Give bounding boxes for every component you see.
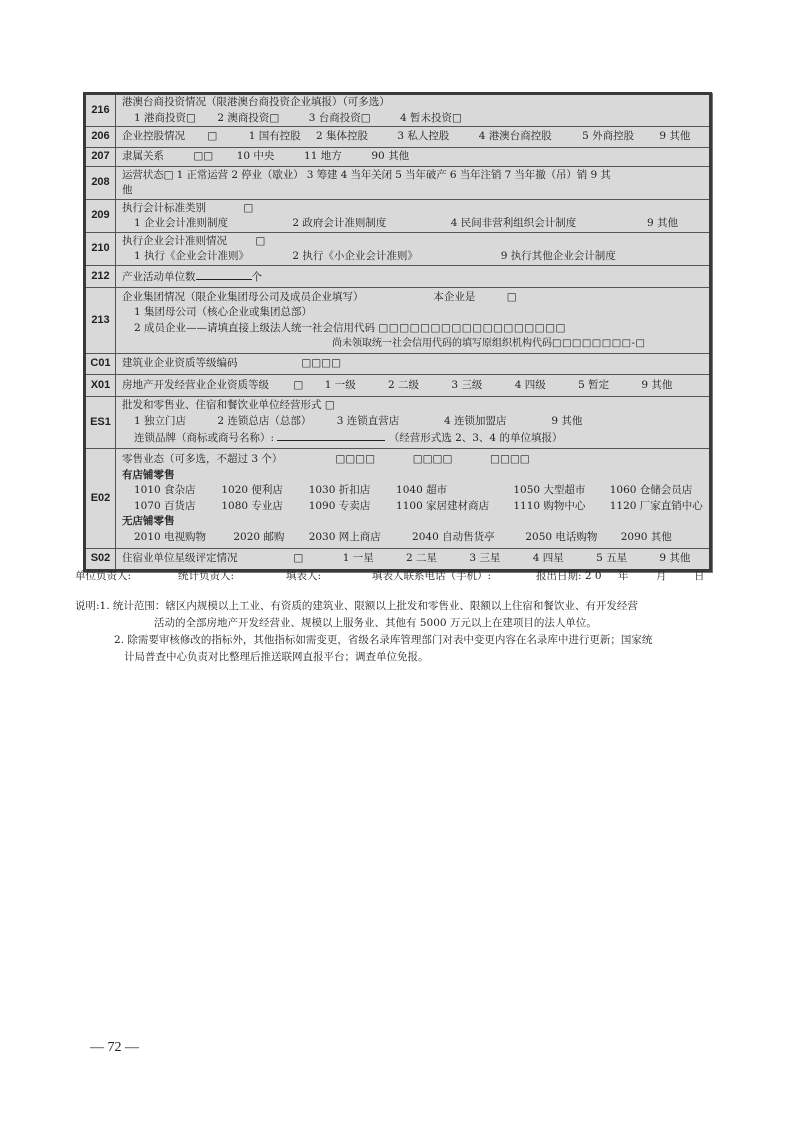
row-code: X01: [85, 375, 116, 397]
option: 3 三星: [469, 551, 529, 567]
row-title: 港澳台商投资情况（限港澳台商投资企业填报）（可多选）: [122, 95, 709, 111]
option: 1010 食杂店: [134, 483, 218, 499]
table-row-206: 206 企业控股情况 □ 1 国有控股 2 集体控股 3 私人控股 4 港澳台商…: [85, 127, 711, 148]
year-label: 年: [618, 568, 656, 583]
option-taiwan-investment[interactable]: 3 台商投资□: [309, 111, 397, 127]
option: 9 其他: [659, 129, 690, 145]
note-2: 2. 除需要审核修改的指标外，其他指标如需变更，省级名录库管理部门对表中变更内容…: [75, 632, 735, 649]
option: 3 三级: [451, 378, 511, 394]
operating-status-line-wrap: 他: [122, 183, 709, 199]
option: 2050 电话购物: [525, 530, 617, 546]
option: 4 港澳台商控股: [479, 129, 579, 145]
org-code-line: 尚未领取统一社会信用代码的填写原组织机构代码□□□□□□□□-□: [122, 336, 709, 352]
option: 1 一级: [325, 378, 385, 394]
store-retail-heading: 有店铺零售: [122, 468, 709, 484]
filler-label: 填表人:: [286, 568, 372, 583]
page-number: — 72 —: [90, 1040, 139, 1056]
document-page: 216 港澳台商投资情况（限港澳台商投资企业填报）（可多选） 1 港商投资□ 2…: [0, 0, 793, 1122]
checkbox[interactable]: □: [243, 201, 253, 217]
row-content: 隶属关系 □□ 10 中央 11 地方 90 其他: [116, 148, 711, 167]
table-row-209: 209 执行会计标准类别 □ 1 企业会计准则制度 2 政府会计准则制度 4 民…: [85, 200, 711, 233]
table-row-212: 212 产业活动单位数个: [85, 266, 711, 288]
row-content: 建筑业企业资质等级编码 □□□□: [116, 354, 711, 375]
option: 2 连锁总店（总部）: [217, 414, 333, 430]
option: 2090 其他: [621, 530, 672, 546]
option: 9 执行其他企业会计制度: [501, 249, 616, 265]
nonstore-retail-heading: 无店铺零售: [122, 514, 709, 530]
row-title: 企业集团情况（限企业集团母公司及成员企业填写）: [122, 290, 430, 306]
option: 1120 厂家直销中心: [610, 499, 703, 515]
option: 11 地方: [304, 149, 368, 165]
option: 4 民间非营利组织会计制度: [451, 216, 644, 232]
brand-label: 连锁品牌（商标或商号名称）:: [134, 432, 274, 444]
option: 4 连锁加盟店: [444, 414, 548, 430]
note-1: 说明:1. 统计范围：辖区内规模以上工业、有资质的建筑业、限额以上批发和零售业、…: [75, 598, 735, 615]
store-retail-row-1: 1010 食杂店 1020 便利店 1030 折扣店 1040 超市 1050 …: [122, 483, 709, 499]
option: 90 其他: [371, 149, 409, 165]
row-code: 210: [85, 233, 116, 266]
month-label: 月: [656, 568, 694, 583]
checkbox[interactable]: □: [255, 234, 265, 250]
row-content: 运营状态□ 1 正常运营 2 停业（歇业） 3 筹建 4 当年关闭 5 当年破产…: [116, 167, 711, 200]
option: 5 五星: [596, 551, 656, 567]
row-title-line: 执行会计标准类别 □: [122, 201, 709, 217]
row-content: 企业集团情况（限企业集团母公司及成员企业填写） 本企业是 □ 1 集团母公司（核…: [116, 288, 711, 354]
retail-format-boxes-1[interactable]: □□□□: [335, 452, 409, 468]
option: 2 集体控股: [316, 129, 394, 145]
qualification-code-boxes[interactable]: □□□□: [301, 356, 341, 372]
checkbox[interactable]: □: [325, 399, 335, 411]
option: 5 暂定: [578, 378, 638, 394]
row-code: E02: [85, 449, 116, 549]
row-content: 批发和零售业、住宿和餐饮业单位经营形式 □ 1 独立门店 2 连锁总店（总部） …: [116, 397, 711, 449]
row-title: 执行会计标准类别: [122, 201, 240, 217]
option: 1030 折扣店: [309, 483, 393, 499]
table-row-207: 207 隶属关系 □□ 10 中央 11 地方 90 其他: [85, 148, 711, 167]
notes-section: 说明:1. 统计范围：辖区内规模以上工业、有资质的建筑业、限额以上批发和零售业、…: [75, 598, 735, 666]
option: 1 独立门店: [134, 414, 214, 430]
option: 2030 网上商店: [309, 530, 409, 546]
row-content: 执行会计标准类别 □ 1 企业会计准则制度 2 政府会计准则制度 4 民间非营利…: [116, 200, 711, 233]
table-row-es1: ES1 批发和零售业、住宿和餐饮业单位经营形式 □ 1 独立门店 2 连锁总店（…: [85, 397, 711, 449]
option: 1 一星: [343, 551, 403, 567]
table-row-c01: C01 建筑业企业资质等级编码 □□□□: [85, 354, 711, 375]
row-content: 执行企业会计准则情况 □ 1 执行《企业会计准则》 2 执行《小企业会计准则》 …: [116, 233, 711, 266]
option-list: 1 独立门店 2 连锁总店（总部） 3 连锁直营店 4 连锁加盟店 9 其他: [122, 414, 709, 430]
note-1-text: 1. 统计范围：辖区内规模以上工业、有资质的建筑业、限额以上批发和零售业、限额以…: [100, 600, 638, 612]
table-row-213: 213 企业集团情况（限企业集团母公司及成员企业填写） 本企业是 □ 1 集团母…: [85, 288, 711, 354]
option: 4 四级: [515, 378, 575, 394]
option: 4 四星: [533, 551, 593, 567]
row-title: 产业活动单位数: [122, 271, 196, 283]
org-code-boxes[interactable]: □□□□□□□□-□: [552, 338, 645, 349]
option: 9 其他: [641, 378, 672, 394]
retail-format-boxes-3[interactable]: □□□□: [490, 452, 530, 468]
option: 9 其他: [551, 414, 582, 430]
option-parent-company: 1 集团母公司（核心企业或集团总部）: [122, 305, 709, 321]
note-1-continued: 活动的全部房地产开发经营业、规模以上服务业、其他有 5000 万元以上在建项目的…: [75, 615, 735, 632]
brand-name-field[interactable]: [277, 429, 385, 441]
option: 1 执行《企业会计准则》: [134, 249, 289, 265]
checkbox[interactable]: □: [207, 129, 245, 145]
org-code-label: 尚未领取统一社会信用代码的填写原组织机构代码: [332, 338, 552, 349]
option-hk-investment[interactable]: 1 港商投资□: [134, 111, 214, 127]
checkbox[interactable]: □: [293, 551, 339, 567]
row-code: 209: [85, 200, 116, 233]
option-member-company: 2 成员企业——请填直接上级法人统一社会信用代码 □□□□□□□□□□□□□□□…: [122, 321, 709, 337]
nonstore-retail-row: 2010 电视购物 2020 邮购 2030 网上商店 2040 自动售货亭 2…: [122, 530, 709, 546]
notes-label: 说明:: [75, 600, 100, 612]
table-row-216: 216 港澳台商投资情况（限港澳台商投资企业填报）（可多选） 1 港商投资□ 2…: [85, 94, 711, 127]
signature-row: 单位负责人: 统计负责人: 填表人: 填表人联系电话（手机）: 报出日期: 2 …: [75, 568, 745, 583]
unit-head-label: 单位负责人:: [75, 568, 178, 583]
row-code: 212: [85, 266, 116, 288]
row-code: C01: [85, 354, 116, 375]
option: 1 国有控股: [249, 129, 313, 145]
option: 1110 购物中心: [513, 499, 606, 515]
option-list: 1 港商投资□ 2 澳商投资□ 3 台商投资□ 4 暂未投资□: [122, 111, 709, 127]
option: 10 中央: [237, 149, 301, 165]
row-content: 房地产开发经营业企业资质等级 □ 1 一级 2 二级 3 三级 4 四级 5 暂…: [116, 375, 711, 397]
row-title: 执行企业会计准则情况: [122, 234, 252, 250]
row-content: 企业控股情况 □ 1 国有控股 2 集体控股 3 私人控股 4 港澳台商控股 5…: [116, 127, 711, 148]
row-content: 港澳台商投资情况（限港澳台商投资企业填报）（可多选） 1 港商投资□ 2 澳商投…: [116, 94, 711, 127]
row-title-line: 企业集团情况（限企业集团母公司及成员企业填写） 本企业是 □: [122, 290, 709, 306]
option: 1020 便利店: [221, 483, 305, 499]
option: 9 其他: [647, 216, 678, 232]
option: 2 二级: [388, 378, 448, 394]
filler-phone-label: 填表人联系电话（手机）:: [372, 568, 536, 583]
option: 2 执行《小企业会计准则》: [292, 249, 497, 265]
enterprise-info-form-table: 216 港澳台商投资情况（限港澳台商投资企业填报）（可多选） 1 港商投资□ 2…: [83, 92, 712, 572]
option: 3 私人控股: [397, 129, 475, 145]
row-code: 216: [85, 94, 116, 127]
option-list: 1 执行《企业会计准则》 2 执行《小企业会计准则》 9 执行其他企业会计制度: [122, 249, 709, 265]
option-list: 1 企业会计准则制度 2 政府会计准则制度 4 民间非营利组织会计制度 9 其他: [122, 216, 709, 232]
row-title: 房地产开发经营业企业资质等级: [122, 378, 290, 394]
option: 1100 家居建材商店: [396, 499, 510, 515]
row-code: 206: [85, 127, 116, 148]
option: 1040 超市: [396, 483, 510, 499]
brand-note: （经营形式选 2、3、4 的单位填报）: [389, 432, 563, 444]
option: 2040 自动售货亭: [412, 530, 522, 546]
row-code: ES1: [85, 397, 116, 449]
day-label: 日: [694, 568, 705, 583]
store-retail-row-2: 1070 百货店 1080 专业店 1090 专卖店 1100 家居建材商店 1…: [122, 499, 709, 515]
row-title-line: 批发和零售业、住宿和餐饮业单位经营形式 □: [122, 398, 709, 414]
option: 1 企业会计准则制度: [134, 216, 289, 232]
option: 2010 电视购物: [134, 530, 230, 546]
self-label: 本企业是: [433, 290, 503, 306]
unit-label: 个: [252, 271, 263, 283]
checkbox[interactable]: □: [507, 290, 517, 306]
credit-code-boxes[interactable]: □□□□□□□□□□□□□□□□□□: [378, 322, 566, 334]
row-title: 企业控股情况: [122, 129, 204, 145]
option: 1050 大型超市: [513, 483, 606, 499]
row-code: 208: [85, 167, 116, 200]
option: 2 二星: [406, 551, 466, 567]
option: 2020 邮购: [233, 530, 305, 546]
option: 2 政府会计准则制度: [292, 216, 447, 232]
retail-format-boxes-2[interactable]: □□□□: [413, 452, 487, 468]
option: 1060 仓储会员店: [610, 483, 693, 499]
row-title-line: 执行企业会计准则情况 □: [122, 234, 709, 250]
option-macau-investment[interactable]: 2 澳商投资□: [217, 111, 305, 127]
operating-status-line: 运营状态□ 1 正常运营 2 停业（歇业） 3 筹建 4 当年关闭 5 当年破产…: [122, 168, 709, 184]
row-code: 207: [85, 148, 116, 167]
checkbox-pair[interactable]: □□: [193, 149, 233, 165]
option: 5 外商控股: [582, 129, 656, 145]
table-row-208: 208 运营状态□ 1 正常运营 2 停业（歇业） 3 筹建 4 当年关闭 5 …: [85, 167, 711, 200]
row-content: 产业活动单位数个: [116, 266, 711, 288]
table-row-e02: E02 零售业态（可多选，不超过 3 个） □□□□ □□□□ □□□□ 有店铺…: [85, 449, 711, 549]
stat-head-label: 统计负责人:: [178, 568, 286, 583]
row-title: 住宿业单位星级评定情况: [122, 551, 290, 567]
row-title: 建筑业企业资质等级编码: [122, 356, 298, 372]
table-row-x01: X01 房地产开发经营业企业资质等级 □ 1 一级 2 二级 3 三级 4 四级…: [85, 375, 711, 397]
activity-units-count-field[interactable]: [196, 268, 252, 280]
row-title-line: 零售业态（可多选，不超过 3 个） □□□□ □□□□ □□□□: [122, 452, 709, 468]
row-title: 零售业态（可多选，不超过 3 个）: [122, 452, 332, 468]
table-row-210: 210 执行企业会计准则情况 □ 1 执行《企业会计准则》 2 执行《小企业会计…: [85, 233, 711, 266]
option: 1070 百货店: [134, 499, 218, 515]
row-title: 隶属关系: [122, 149, 190, 165]
note-2-continued: 计局普查中心负责对比整理后推送联网直报平台；调查单位免报。: [75, 649, 735, 666]
option-no-investment[interactable]: 4 暂未投资□: [400, 111, 462, 127]
row-code: 213: [85, 288, 116, 354]
option: 1080 专业店: [221, 499, 305, 515]
checkbox[interactable]: □: [293, 378, 321, 394]
brand-line: 连锁品牌（商标或商号名称）: （经营形式选 2、3、4 的单位填报）: [122, 429, 709, 447]
option: 9 其他: [659, 551, 690, 567]
member-label: 2 成员企业——请填直接上级法人统一社会信用代码: [134, 322, 375, 334]
row-content: 零售业态（可多选，不超过 3 个） □□□□ □□□□ □□□□ 有店铺零售 1…: [116, 449, 711, 549]
option: 1090 专卖店: [309, 499, 393, 515]
row-title: 批发和零售业、住宿和餐饮业单位经营形式: [122, 399, 322, 411]
option: 3 连锁直营店: [337, 414, 441, 430]
report-date-label: 报出日期: 2 0: [536, 568, 618, 583]
